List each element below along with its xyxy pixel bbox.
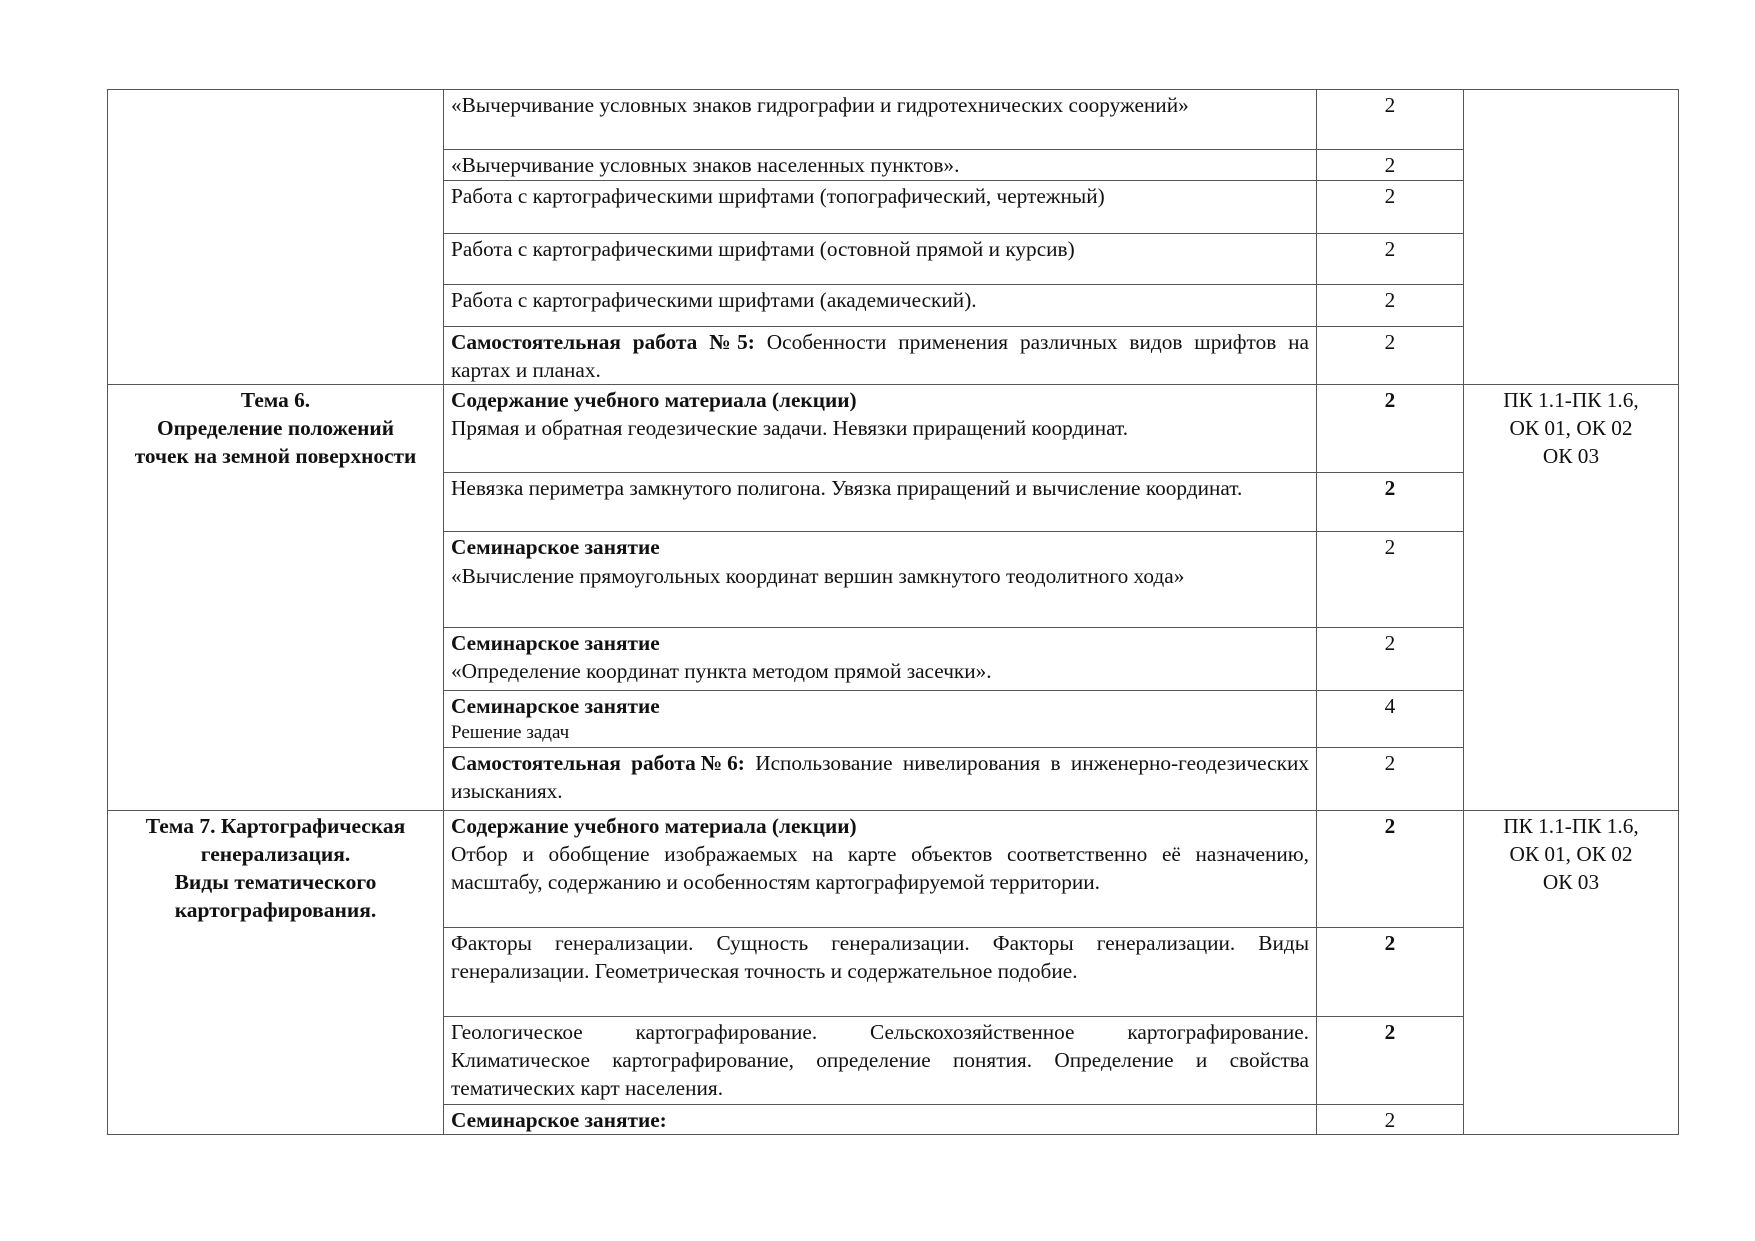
content-cell: Семинарское занятие: — [444, 1105, 1317, 1135]
table-row: Тема 6. Определение положений точек на з… — [108, 385, 1679, 473]
content-text: «Вычерчивание условных знаков гидрографи… — [451, 93, 1189, 117]
topic-title-line: Тема 7. Картографическая — [115, 812, 436, 840]
row-heading: Самостоятельная работа №5: — [451, 330, 755, 354]
content-text: Решение задач — [451, 720, 1309, 745]
row-heading: Самостоятельная работа№6: — [451, 751, 745, 775]
content-cell: Содержание учебного материала (лекции)От… — [444, 811, 1317, 928]
hours-cell: 2 — [1317, 90, 1464, 150]
content-cell: Геологическое картографирование. Сельско… — [444, 1017, 1317, 1105]
topic-title-line: картографирования. — [115, 896, 436, 924]
hours-cell: 2 — [1317, 532, 1464, 628]
hours-cell: 2 — [1317, 748, 1464, 811]
content-cell: Работа с картографическими шрифтами (ост… — [444, 234, 1317, 285]
topic-cell-empty — [108, 90, 444, 385]
content-text: Геологическое картографирование. Сельско… — [451, 1020, 1309, 1100]
content-cell: Невязка периметра замкнутого полигона. У… — [444, 473, 1317, 532]
topic-title-line: генерализация. — [115, 840, 436, 868]
row-heading: Семинарское занятие — [451, 533, 1309, 561]
competency-line: ОК 03 — [1471, 868, 1671, 896]
hours-cell: 2 — [1317, 628, 1464, 691]
hours-cell: 2 — [1317, 181, 1464, 234]
table-row: «Вычерчивание условных знаков гидрографи… — [108, 90, 1679, 150]
content-text: Факторы генерализации. Сущность генерали… — [451, 931, 1309, 983]
content-text: «Вычисление прямоугольных координат верш… — [451, 561, 1309, 591]
topic-cell: Тема 7. Картографическая генерализация. … — [108, 811, 444, 1135]
competencies-cell: ПК 1.1-ПК 1.6, ОК 01, ОК 02 ОК 03 — [1464, 385, 1679, 811]
row-heading: Семинарское занятие: — [451, 1108, 667, 1132]
content-cell: «Вычерчивание условных знаков населенных… — [444, 150, 1317, 181]
row-heading: Содержание учебного материала (лекции) — [451, 812, 1309, 840]
topic-cell: Тема 6. Определение положений точек на з… — [108, 385, 444, 811]
hours-cell: 2 — [1317, 1017, 1464, 1105]
content-cell: Работа с картографическими шрифтами (ака… — [444, 285, 1317, 327]
hours-cell: 2 — [1317, 473, 1464, 532]
content-cell: Семинарское занятие«Определение координа… — [444, 628, 1317, 691]
table-row: Тема 7. Картографическая генерализация. … — [108, 811, 1679, 928]
row-heading: Семинарское занятие — [451, 629, 1309, 657]
content-cell: Самостоятельная работа№6: Использование … — [444, 748, 1317, 811]
hours-cell: 2 — [1317, 1105, 1464, 1135]
content-text: Невязка периметра замкнутого полигона. У… — [451, 476, 1242, 500]
competency-line: ОК 03 — [1471, 442, 1671, 470]
content-cell: Семинарское занятие«Вычисление прямоугол… — [444, 532, 1317, 628]
topic-title-line: Виды тематического — [115, 868, 436, 896]
hours-cell: 2 — [1317, 234, 1464, 285]
content-cell: «Вычерчивание условных знаков гидрографи… — [444, 90, 1317, 150]
competency-line: ОК 01, ОК 02 — [1471, 840, 1671, 868]
content-text: Работа с картографическими шрифтами (топ… — [451, 184, 1105, 208]
hours-cell: 2 — [1317, 811, 1464, 928]
content-text: Работа с картографическими шрифтами (ака… — [451, 288, 977, 312]
hours-cell: 2 — [1317, 285, 1464, 327]
competencies-cell: ПК 1.1-ПК 1.6, ОК 01, ОК 02 ОК 03 — [1464, 811, 1679, 1135]
content-text: Работа с картографическими шрифтами (ост… — [451, 237, 1075, 261]
content-text: Отбор и обобщение изображаемых на карте … — [451, 840, 1309, 896]
content-text: Прямая и обратная геодезические задачи. … — [451, 414, 1309, 442]
content-cell: Факторы генерализации. Сущность генерали… — [444, 928, 1317, 1017]
row-heading: Содержание учебного материала (лекции) — [451, 386, 1309, 414]
content-cell: Содержание учебного материала (лекции)Пр… — [444, 385, 1317, 473]
competency-line: ПК 1.1-ПК 1.6, — [1471, 386, 1671, 414]
content-cell: Самостоятельная работа №5: Особенности п… — [444, 327, 1317, 385]
content-cell: Семинарское занятиеРешение задач — [444, 691, 1317, 748]
hours-cell: 2 — [1317, 150, 1464, 181]
topic-title-line: Тема 6. — [115, 386, 436, 414]
hours-cell: 2 — [1317, 327, 1464, 385]
hours-cell: 2 — [1317, 928, 1464, 1017]
competency-line: ПК 1.1-ПК 1.6, — [1471, 812, 1671, 840]
topic-title-line: точек на земной поверхности — [115, 442, 436, 470]
curriculum-table: «Вычерчивание условных знаков гидрографи… — [107, 89, 1679, 1135]
competencies-cell-empty — [1464, 90, 1679, 385]
content-cell: Работа с картографическими шрифтами (топ… — [444, 181, 1317, 234]
competency-line: ОК 01, ОК 02 — [1471, 414, 1671, 442]
hours-cell: 4 — [1317, 691, 1464, 748]
content-text: «Вычерчивание условных знаков населенных… — [451, 153, 959, 177]
topic-title-line: Определение положений — [115, 414, 436, 442]
hours-cell: 2 — [1317, 385, 1464, 473]
content-text: «Определение координат пункта методом пр… — [451, 657, 1309, 685]
row-heading: Семинарское занятие — [451, 692, 1309, 720]
